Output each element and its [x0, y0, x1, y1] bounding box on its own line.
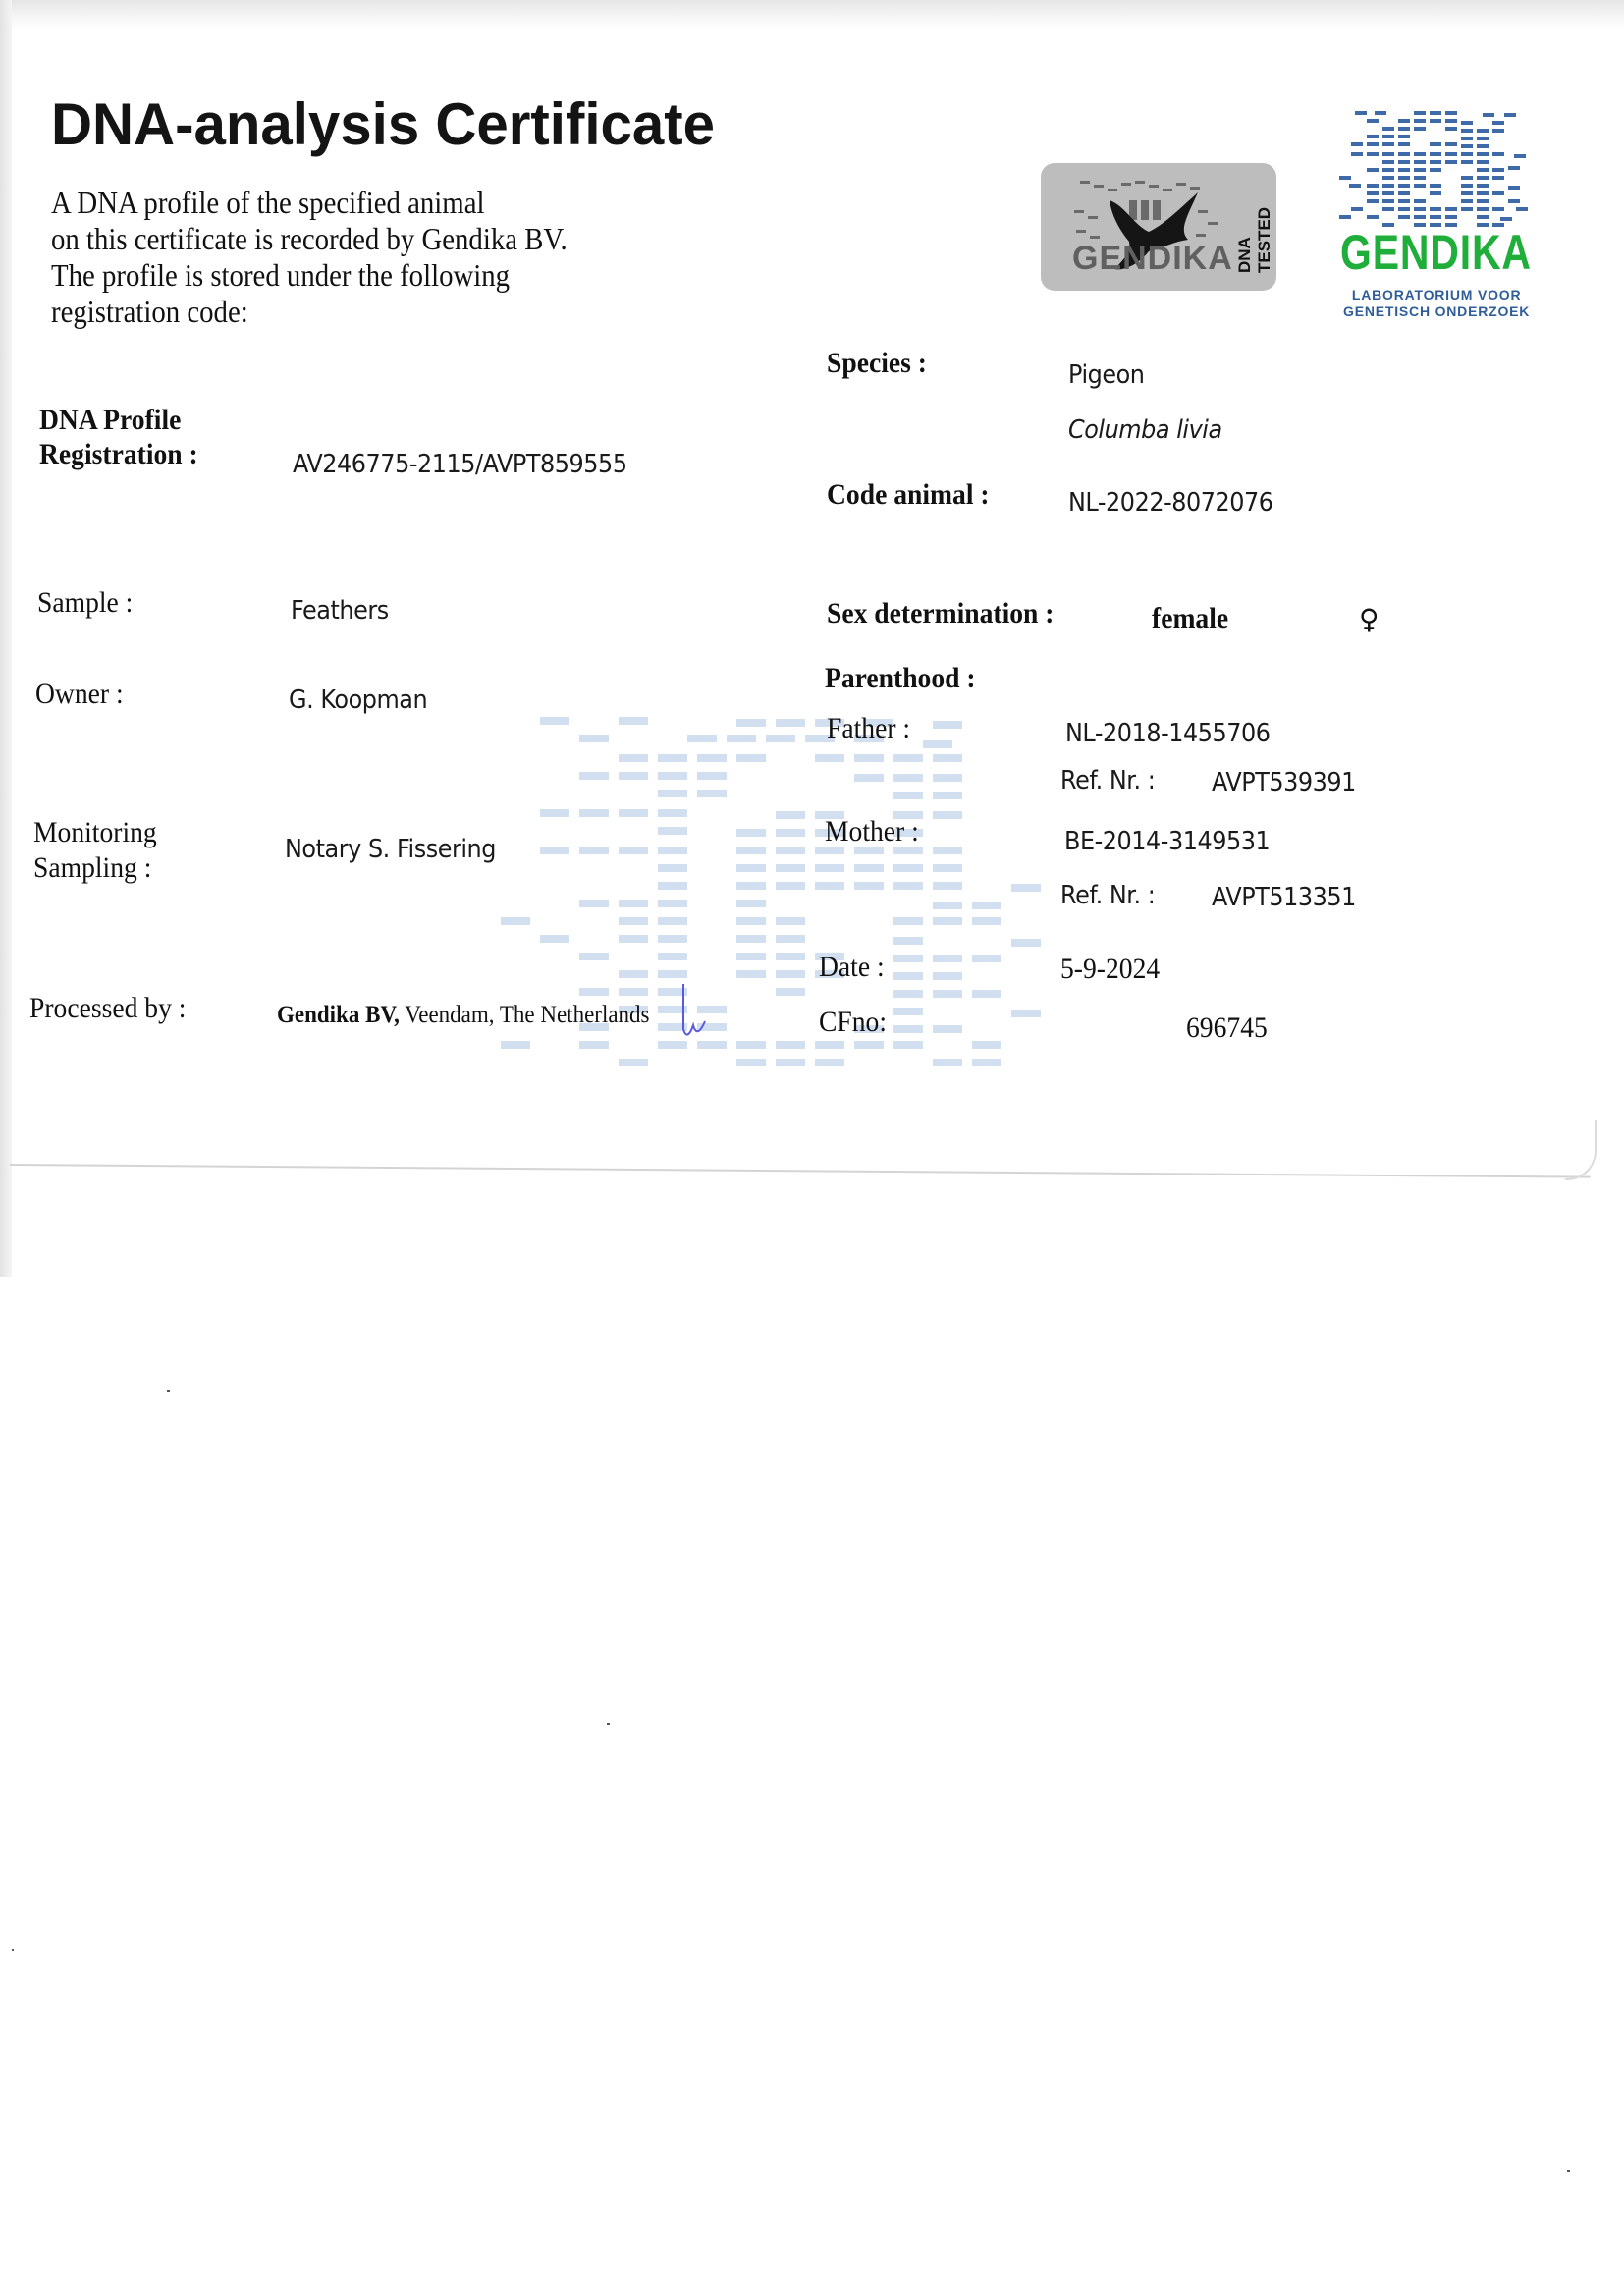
- cfno-value: 696745: [1186, 1011, 1268, 1045]
- scan-shadow-left: [0, 0, 12, 1277]
- gendika-logo-icon: [1335, 103, 1532, 231]
- sex-value: female: [1152, 602, 1228, 635]
- processed-value: Gendika BV, Veendam, The Netherlands: [277, 1002, 650, 1029]
- monitoring-label: Monitoring Sampling :: [33, 815, 157, 886]
- intro-line: registration code:: [51, 294, 568, 330]
- badge-brand: GENDIKA: [1072, 240, 1233, 278]
- code-animal-value: NL-2022-8072076: [1068, 488, 1273, 518]
- scan-shadow-top: [0, 0, 1624, 29]
- owner-label: Owner :: [35, 678, 124, 711]
- date-value: 5-9-2024: [1060, 953, 1160, 986]
- intro-text: A DNA profile of the specified animal on…: [51, 185, 568, 330]
- intro-line: on this certificate is recorded by Gendi…: [51, 221, 568, 257]
- processed-label: Processed by :: [29, 992, 186, 1025]
- father-ref-label: Ref. Nr. :: [1060, 766, 1155, 795]
- species-label: Species :: [827, 347, 927, 380]
- mother-value: BE-2014-3149531: [1064, 827, 1270, 856]
- cfno-label: CFno:: [819, 1006, 887, 1039]
- father-label: Father :: [827, 712, 910, 745]
- intro-line: The profile is stored under the followin…: [51, 257, 568, 294]
- registration-label-line: DNA Profile: [39, 403, 198, 437]
- owner-value: G. Koopman: [289, 685, 427, 715]
- species-common: Pigeon: [1068, 360, 1144, 390]
- sample-label: Sample :: [37, 586, 133, 620]
- badge-label: DNA TESTED: [1235, 207, 1274, 273]
- father-ref-value: AVPT539391: [1212, 768, 1356, 797]
- mother-ref-value: AVPT513351: [1212, 883, 1356, 912]
- monitoring-label-line: Monitoring: [33, 815, 157, 850]
- registration-label: DNA Profile Registration :: [39, 403, 198, 471]
- logo-subtitle-line: LABORATORIUM VOOR: [1343, 287, 1530, 303]
- scan-speck: [12, 1949, 14, 1951]
- father-value: NL-2018-1455706: [1065, 719, 1271, 748]
- mother-label: Mother :: [825, 815, 919, 848]
- scan-speck: [1567, 2170, 1570, 2172]
- logo-name: GENDIKA: [1340, 224, 1532, 281]
- processed-location: Veendam, The Netherlands: [400, 1002, 650, 1028]
- sample-value: Feathers: [291, 596, 389, 626]
- date-label: Date :: [819, 951, 885, 984]
- processed-company: Gendika BV,: [277, 1002, 400, 1028]
- species-latin: Columba livia: [1068, 415, 1222, 445]
- card-corner: [1565, 1120, 1597, 1180]
- card-edge: [10, 1164, 1591, 1178]
- scan-speck: [167, 1390, 170, 1392]
- intro-line: A DNA profile of the specified animal: [51, 185, 568, 221]
- monitoring-value: Notary S. Fissering: [285, 835, 496, 864]
- scan-speck: [607, 1723, 610, 1725]
- code-animal-label: Code animal :: [827, 478, 990, 512]
- sex-label: Sex determination :: [827, 597, 1055, 630]
- certificate-title: DNA-analysis Certificate: [51, 90, 715, 158]
- parenthood-label: Parenthood :: [825, 662, 976, 695]
- signature-mark-icon: [679, 982, 709, 1041]
- registration-label-line: Registration :: [39, 437, 198, 471]
- female-symbol-icon: ♀: [1359, 603, 1380, 635]
- dna-tested-badge: GENDIKA DNA TESTED: [1041, 163, 1276, 291]
- logo-subtitle: LABORATORIUM VOOR GENETISCH ONDERZOEK: [1343, 287, 1530, 320]
- monitoring-label-line: Sampling :: [33, 850, 157, 886]
- mother-ref-label: Ref. Nr. :: [1060, 881, 1155, 910]
- logo-subtitle-line: GENETISCH ONDERZOEK: [1343, 303, 1530, 320]
- registration-value: AV246775-2115/AVPT859555: [293, 450, 627, 479]
